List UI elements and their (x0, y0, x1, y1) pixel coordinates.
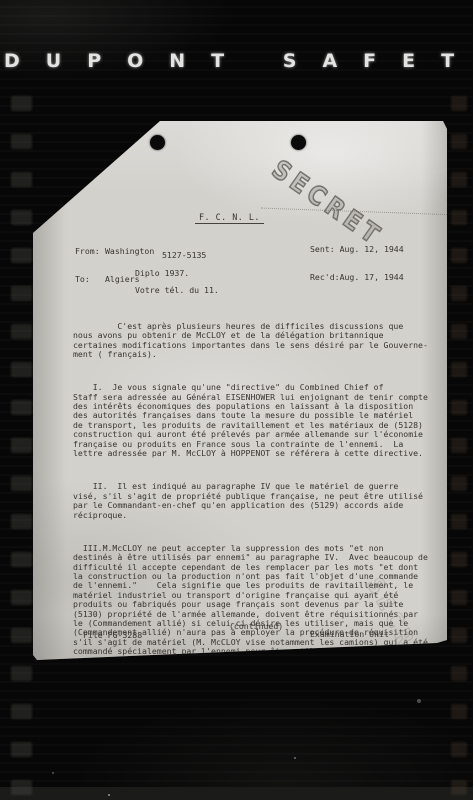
film-sprocket-mark (11, 438, 32, 453)
film-sprocket-mark (451, 552, 467, 567)
film-sprocket-mark (11, 400, 32, 415)
continued-note: (continued) (229, 622, 283, 631)
film-sprocket-mark (451, 514, 467, 529)
to-label: To: (75, 275, 105, 284)
film-sprocket-mark (451, 438, 467, 453)
film-sprocket-mark (11, 210, 32, 225)
paragraph-4: IV. En ce qui concerne les armes proprem… (73, 709, 451, 728)
film-sprocket-mark (11, 172, 32, 187)
message-body: C'est après plusieurs heures de difficil… (73, 303, 451, 751)
dust-speck (108, 794, 110, 796)
film-sprocket-mark (11, 780, 32, 795)
film-sprocket-mark (11, 628, 32, 643)
paragraph-1: I. Je vous signale qu'une "directive" du… (73, 383, 451, 458)
received-line: Rec'd:Aug. 17, 1944 (310, 273, 404, 282)
film-sprocket-mark (11, 590, 32, 605)
film-sprocket-mark (451, 210, 467, 225)
examination-unit-label: Examination Unit (310, 630, 389, 639)
film-sprocket-mark (451, 286, 467, 301)
film-sprocket-mark (451, 324, 467, 339)
votre-tel-line: Votre tél. du 11. (135, 286, 219, 295)
film-sprocket-mark (451, 742, 467, 757)
film-sprocket-mark (11, 704, 32, 719)
film-sprocket-mark (451, 400, 467, 415)
film-sprocket-mark (11, 134, 32, 149)
sent-line: Sent: Aug. 12, 1944 (310, 245, 404, 254)
film-frame: DUPONT SAFET SECRET F. C. N. L. From:Was… (0, 0, 473, 800)
film-sprocket-mark (451, 666, 467, 681)
film-sprocket-mark (11, 666, 32, 681)
from-row: From:Washington (75, 247, 154, 256)
diplo-line: Diplo 1937. (135, 269, 189, 278)
punch-hole (291, 135, 306, 150)
film-sprocket-mark (451, 590, 467, 605)
film-sprocket-mark (11, 248, 32, 263)
film-sprocket-mark (11, 324, 32, 339)
film-bottom-band (0, 787, 473, 800)
film-sprocket-mark (11, 362, 32, 377)
film-sprocket-mark (451, 704, 467, 719)
film-sprocket-mark (11, 514, 32, 529)
document-title: F. C. N. L. (195, 212, 264, 224)
film-sprocket-mark (11, 742, 32, 757)
film-edge-text: DUPONT SAFET (4, 50, 473, 72)
film-sprocket-mark (451, 780, 467, 795)
film-sprocket-mark (11, 552, 32, 567)
film-sprocket-mark (451, 628, 467, 643)
file-number: File FG-3288 (83, 631, 142, 640)
film-sprocket-mark (451, 476, 467, 491)
from-value: Washington (105, 246, 154, 256)
film-sprocket-mark (11, 286, 32, 301)
film-sprocket-mark (11, 476, 32, 491)
punch-hole (150, 135, 165, 150)
film-sprocket-mark (451, 248, 467, 263)
paragraph-2: II. Il est indiqué au paragraphe IV que … (73, 482, 451, 520)
paragraph-intro: C'est après plusieurs heures de difficil… (73, 322, 451, 360)
document-page: SECRET F. C. N. L. From:Washington To:Al… (33, 121, 447, 660)
from-label: From: (75, 247, 105, 256)
reference-number: 5127-5135 (162, 251, 206, 260)
film-sprocket-mark (11, 96, 32, 111)
film-sprocket-mark (451, 362, 467, 377)
film-sprocket-mark (451, 172, 467, 187)
sent-received-block: Sent: Aug. 12, 1944 Rec'd:Aug. 17, 1944 (310, 226, 404, 301)
film-sprocket-mark (451, 134, 467, 149)
film-sprocket-mark (451, 96, 467, 111)
